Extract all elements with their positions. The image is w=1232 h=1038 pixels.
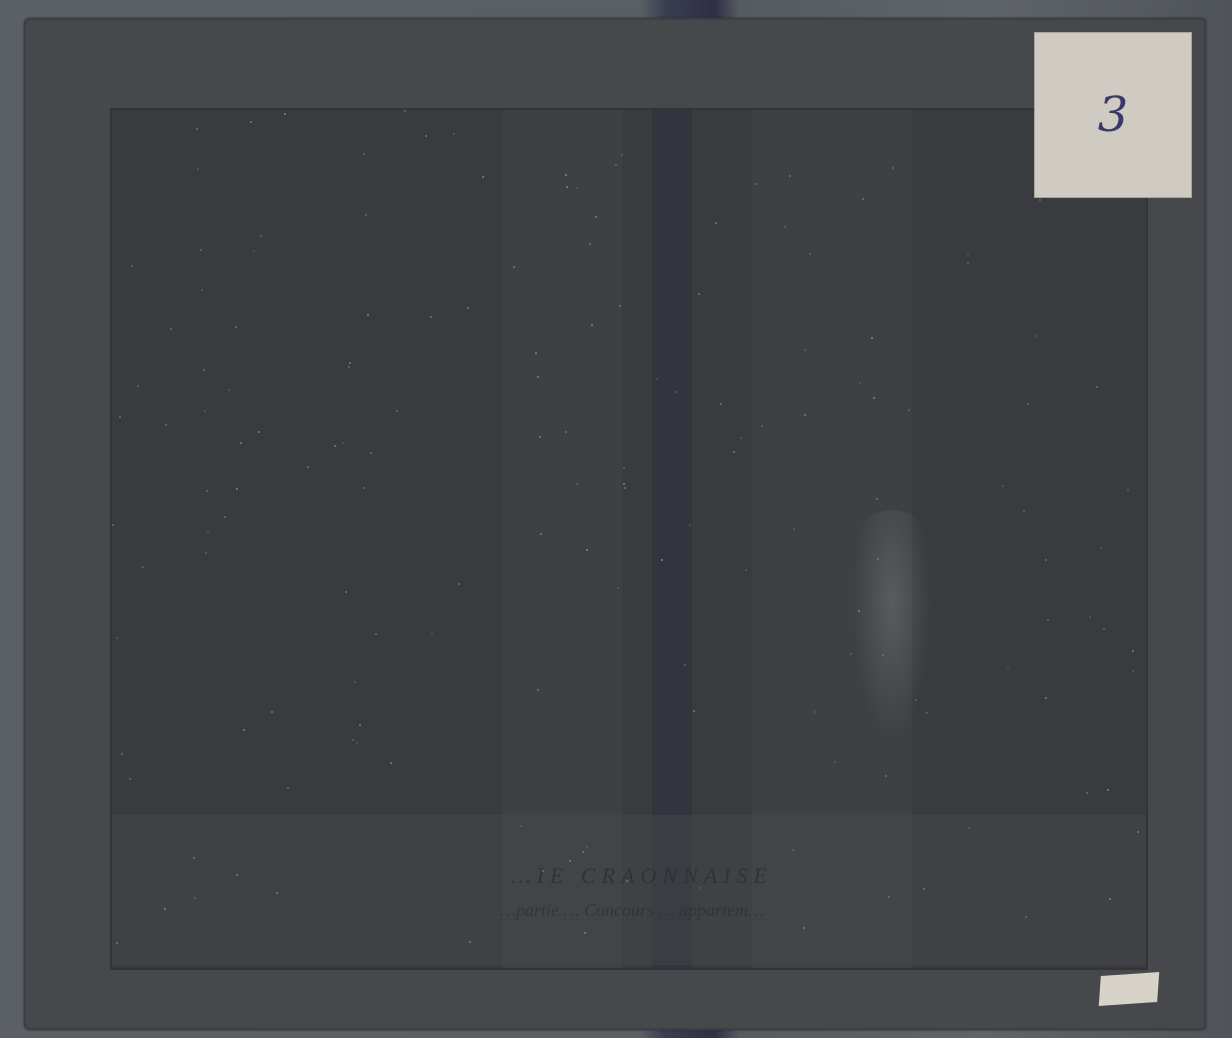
dust-speck xyxy=(137,385,139,387)
dust-speck xyxy=(207,531,209,533)
dust-speck xyxy=(203,369,205,371)
dust-speck xyxy=(1045,559,1047,561)
dust-speck xyxy=(193,857,195,859)
dust-speck xyxy=(858,610,860,612)
dust-speck xyxy=(537,689,539,691)
dust-speck xyxy=(1132,670,1134,672)
dust-speck xyxy=(968,827,970,829)
dust-speck xyxy=(236,488,238,490)
caption-subtitle: …partie … Concours … appartem… xyxy=(132,900,1132,921)
dust-speck xyxy=(243,729,245,731)
dust-speck xyxy=(926,712,928,714)
dust-speck xyxy=(359,724,361,726)
dust-speck xyxy=(116,637,118,639)
dust-speck xyxy=(623,467,625,469)
dust-speck xyxy=(349,362,351,364)
dust-speck xyxy=(367,314,369,316)
dust-speck xyxy=(430,316,432,318)
dust-speck xyxy=(228,389,230,391)
dust-speck xyxy=(1137,831,1139,833)
dust-speck xyxy=(621,154,623,156)
caption-band xyxy=(112,815,1146,965)
dust-speck xyxy=(876,498,878,500)
dust-speck xyxy=(698,293,700,295)
dust-speck xyxy=(375,633,377,635)
dust-speck xyxy=(356,742,358,744)
dust-speck xyxy=(803,927,805,929)
label-number: 3 xyxy=(1098,87,1129,143)
dust-speck xyxy=(967,253,969,255)
dust-speck xyxy=(363,153,365,155)
dust-speck xyxy=(1007,666,1009,668)
dust-speck xyxy=(661,559,663,561)
dust-speck xyxy=(348,366,350,368)
dust-speck xyxy=(967,262,969,264)
dust-speck xyxy=(396,410,398,412)
dust-speck xyxy=(834,761,836,763)
number-label: 3 xyxy=(1034,32,1192,198)
dust-speck xyxy=(923,888,925,890)
dust-speck xyxy=(656,378,658,380)
dust-speck xyxy=(370,452,372,454)
dust-speck xyxy=(1023,510,1025,512)
paper-tag xyxy=(1099,972,1160,1006)
dust-speck xyxy=(1103,628,1105,630)
dust-speck xyxy=(142,566,144,568)
dust-speck xyxy=(200,249,202,251)
dust-speck xyxy=(699,887,701,889)
lantern-slide: …IE CRAONNAISE …partie … Concours … appa… xyxy=(24,18,1206,1030)
dust-speck xyxy=(1107,789,1109,791)
dust-speck xyxy=(112,524,114,526)
dust-speck xyxy=(693,710,695,712)
dust-speck xyxy=(539,436,541,438)
dust-speck xyxy=(467,307,469,309)
dust-speck xyxy=(170,328,172,330)
dust-speck xyxy=(535,352,537,354)
dust-speck xyxy=(720,403,722,405)
dust-speck xyxy=(804,349,806,351)
dust-speck xyxy=(365,214,367,216)
dust-speck xyxy=(236,874,238,876)
dust-speck xyxy=(363,487,365,489)
dust-speck xyxy=(617,587,619,589)
caption-title: …IE CRAONNAISE xyxy=(432,863,852,889)
dust-speck xyxy=(164,908,166,910)
dust-speck xyxy=(623,483,625,485)
faint-figure xyxy=(852,510,932,740)
dust-speck xyxy=(591,324,593,326)
dust-speck xyxy=(121,753,123,755)
dust-speck xyxy=(354,681,356,683)
dust-speck xyxy=(129,778,131,780)
dust-speck xyxy=(425,135,427,137)
dust-speck xyxy=(1096,386,1098,388)
dust-speck xyxy=(334,445,336,447)
dust-speck xyxy=(862,198,864,200)
dust-speck xyxy=(119,416,121,418)
dust-speck xyxy=(908,409,910,411)
dust-speck xyxy=(1045,697,1047,699)
dust-speck xyxy=(624,487,626,489)
dust-speck xyxy=(1039,199,1041,201)
dust-speck xyxy=(1132,650,1134,652)
dust-speck xyxy=(271,711,273,713)
dust-speck xyxy=(859,382,861,384)
dust-speck xyxy=(260,235,262,237)
dust-speck xyxy=(258,431,260,433)
dust-speck xyxy=(565,431,567,433)
dust-speck xyxy=(205,552,207,554)
dust-speck xyxy=(715,222,717,224)
dust-speck xyxy=(1002,485,1004,487)
glass-plate-image: …IE CRAONNAISE …partie … Concours … appa… xyxy=(110,108,1148,970)
dust-speck xyxy=(733,451,735,453)
dust-speck xyxy=(804,414,806,416)
dust-speck xyxy=(307,466,309,468)
dust-speck xyxy=(892,167,894,169)
dust-speck xyxy=(1100,547,1102,549)
dust-speck xyxy=(253,250,255,252)
dust-speck xyxy=(453,133,455,135)
dust-speck xyxy=(352,739,354,741)
dust-speck xyxy=(1047,619,1049,621)
dust-speck xyxy=(197,168,199,170)
dust-speck xyxy=(586,549,588,551)
dust-speck xyxy=(224,516,226,518)
dust-speck xyxy=(482,176,484,178)
dust-speck xyxy=(745,569,747,571)
dust-speck xyxy=(287,787,289,789)
dust-speck xyxy=(240,442,242,444)
dust-speck xyxy=(235,326,237,328)
dust-speck xyxy=(589,243,591,245)
dust-speck xyxy=(431,633,433,635)
dust-speck xyxy=(404,110,406,112)
dust-speck xyxy=(1086,792,1088,794)
dust-speck xyxy=(131,265,133,267)
dust-speck xyxy=(116,942,118,944)
dust-speck xyxy=(345,591,347,593)
dust-speck xyxy=(740,437,742,439)
dust-speck xyxy=(542,870,544,872)
dust-speck xyxy=(165,424,167,426)
dust-speck xyxy=(284,113,286,115)
dust-speck xyxy=(250,121,252,123)
dust-speck xyxy=(1027,403,1029,405)
dust-speck xyxy=(537,376,539,378)
dust-speck xyxy=(1089,616,1091,618)
dust-speck xyxy=(206,490,208,492)
dust-speck xyxy=(196,128,198,130)
dust-speck xyxy=(1035,335,1037,337)
dust-speck xyxy=(458,583,460,585)
dust-speck xyxy=(576,187,578,189)
dust-speck xyxy=(204,410,206,412)
dust-speck xyxy=(201,289,203,291)
dust-speck xyxy=(342,442,344,444)
dust-speck xyxy=(1127,489,1129,491)
dust-speck xyxy=(390,762,392,764)
dust-speck xyxy=(793,528,795,530)
